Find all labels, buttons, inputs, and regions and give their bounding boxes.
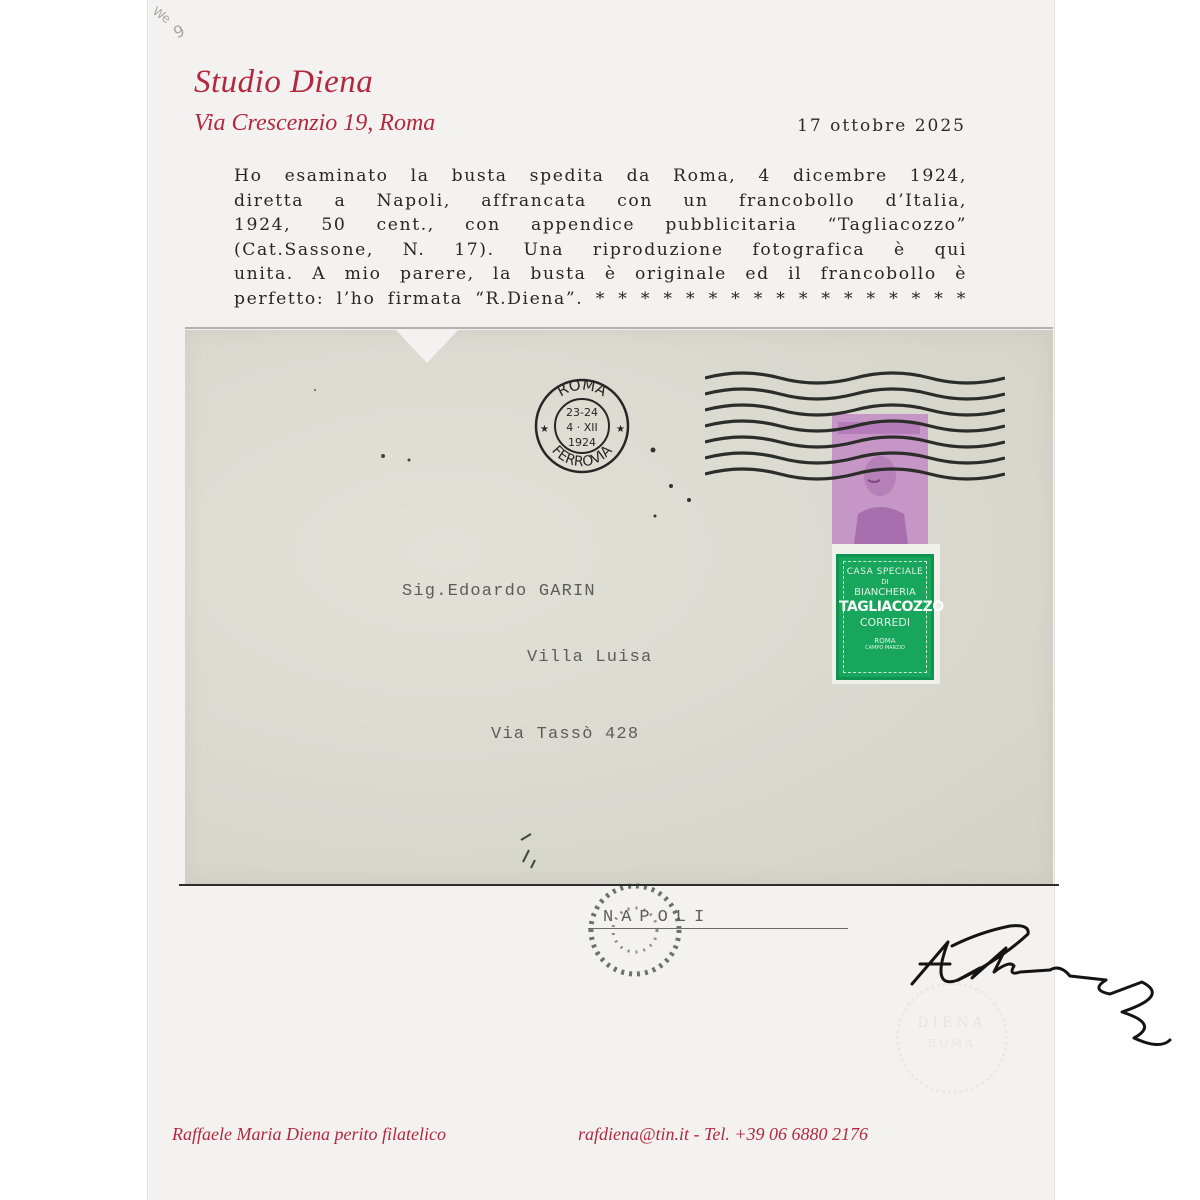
expert-signature: [910, 920, 1190, 1100]
certificate-line: unita. A mio parere, la busta è original…: [234, 262, 967, 287]
certificate-line: (Cat.Sassone, N. 17). Una riproduzione f…: [234, 238, 967, 263]
svg-text:23-24: 23-24: [566, 406, 598, 419]
studio-brand: Studio Diena: [194, 64, 373, 101]
recipient-villa: Villa Luisa: [527, 648, 652, 667]
svg-text:★: ★: [616, 424, 625, 435]
city-underline: [588, 928, 848, 929]
svg-text:4 · XII: 4 · XII: [566, 421, 598, 434]
certificate-date: 17 ottobre 2025: [797, 116, 966, 136]
roma-postmark: ROMA FERROVIA 23-24 4 · XII 1924 ★ ★: [532, 376, 632, 476]
certificate-line: 1924, 50 cent., con appendice pubblicita…: [234, 213, 967, 238]
certificate-text: Ho esaminato la busta spedita da Roma, 4…: [234, 164, 967, 312]
certificate-line: Ho esaminato la busta spedita da Roma, 4…: [234, 164, 967, 189]
napoli-arrival-mark: [585, 880, 695, 990]
svg-text:★: ★: [540, 424, 549, 435]
studio-address: Via Crescenzio 19, Roma: [194, 110, 435, 137]
certificate-line: diretta a Napoli, affrancata con un fran…: [234, 189, 967, 214]
recipient-city: NAPOLI: [603, 908, 712, 927]
certificate-sheet: We 9 Studio Diena Via Crescenzio 19, Rom…: [147, 0, 1055, 1200]
envelope-photo: ROMA FERROVIA 23-24 4 · XII 1924 ★ ★ CAS…: [185, 330, 1053, 884]
envelope-bottom-edge: [179, 884, 1059, 886]
advert-label-tagliacozzo: CASA SPECIALE DI BIANCHERIA TAGLIACOZZO …: [836, 554, 934, 680]
pencil-note: We: [150, 4, 173, 26]
certificate-line: perfetto: l’ho firmata “R.Diena”. * * * …: [234, 287, 967, 312]
recipient-name: Sig.Edoardo GARIN: [402, 582, 596, 601]
footer-contact: rafdiena@tin.it - Tel. +39 06 6880 2176: [578, 1124, 868, 1145]
envelope-top-edge: [185, 327, 1053, 329]
recipient-street: Via Tassò 428: [491, 725, 639, 744]
pencil-number: 9: [170, 21, 187, 43]
svg-text:1924: 1924: [568, 436, 596, 449]
wavy-cancellation: [705, 366, 1005, 486]
footer-expert-name: Raffaele Maria Diena perito filatelico: [172, 1124, 446, 1145]
